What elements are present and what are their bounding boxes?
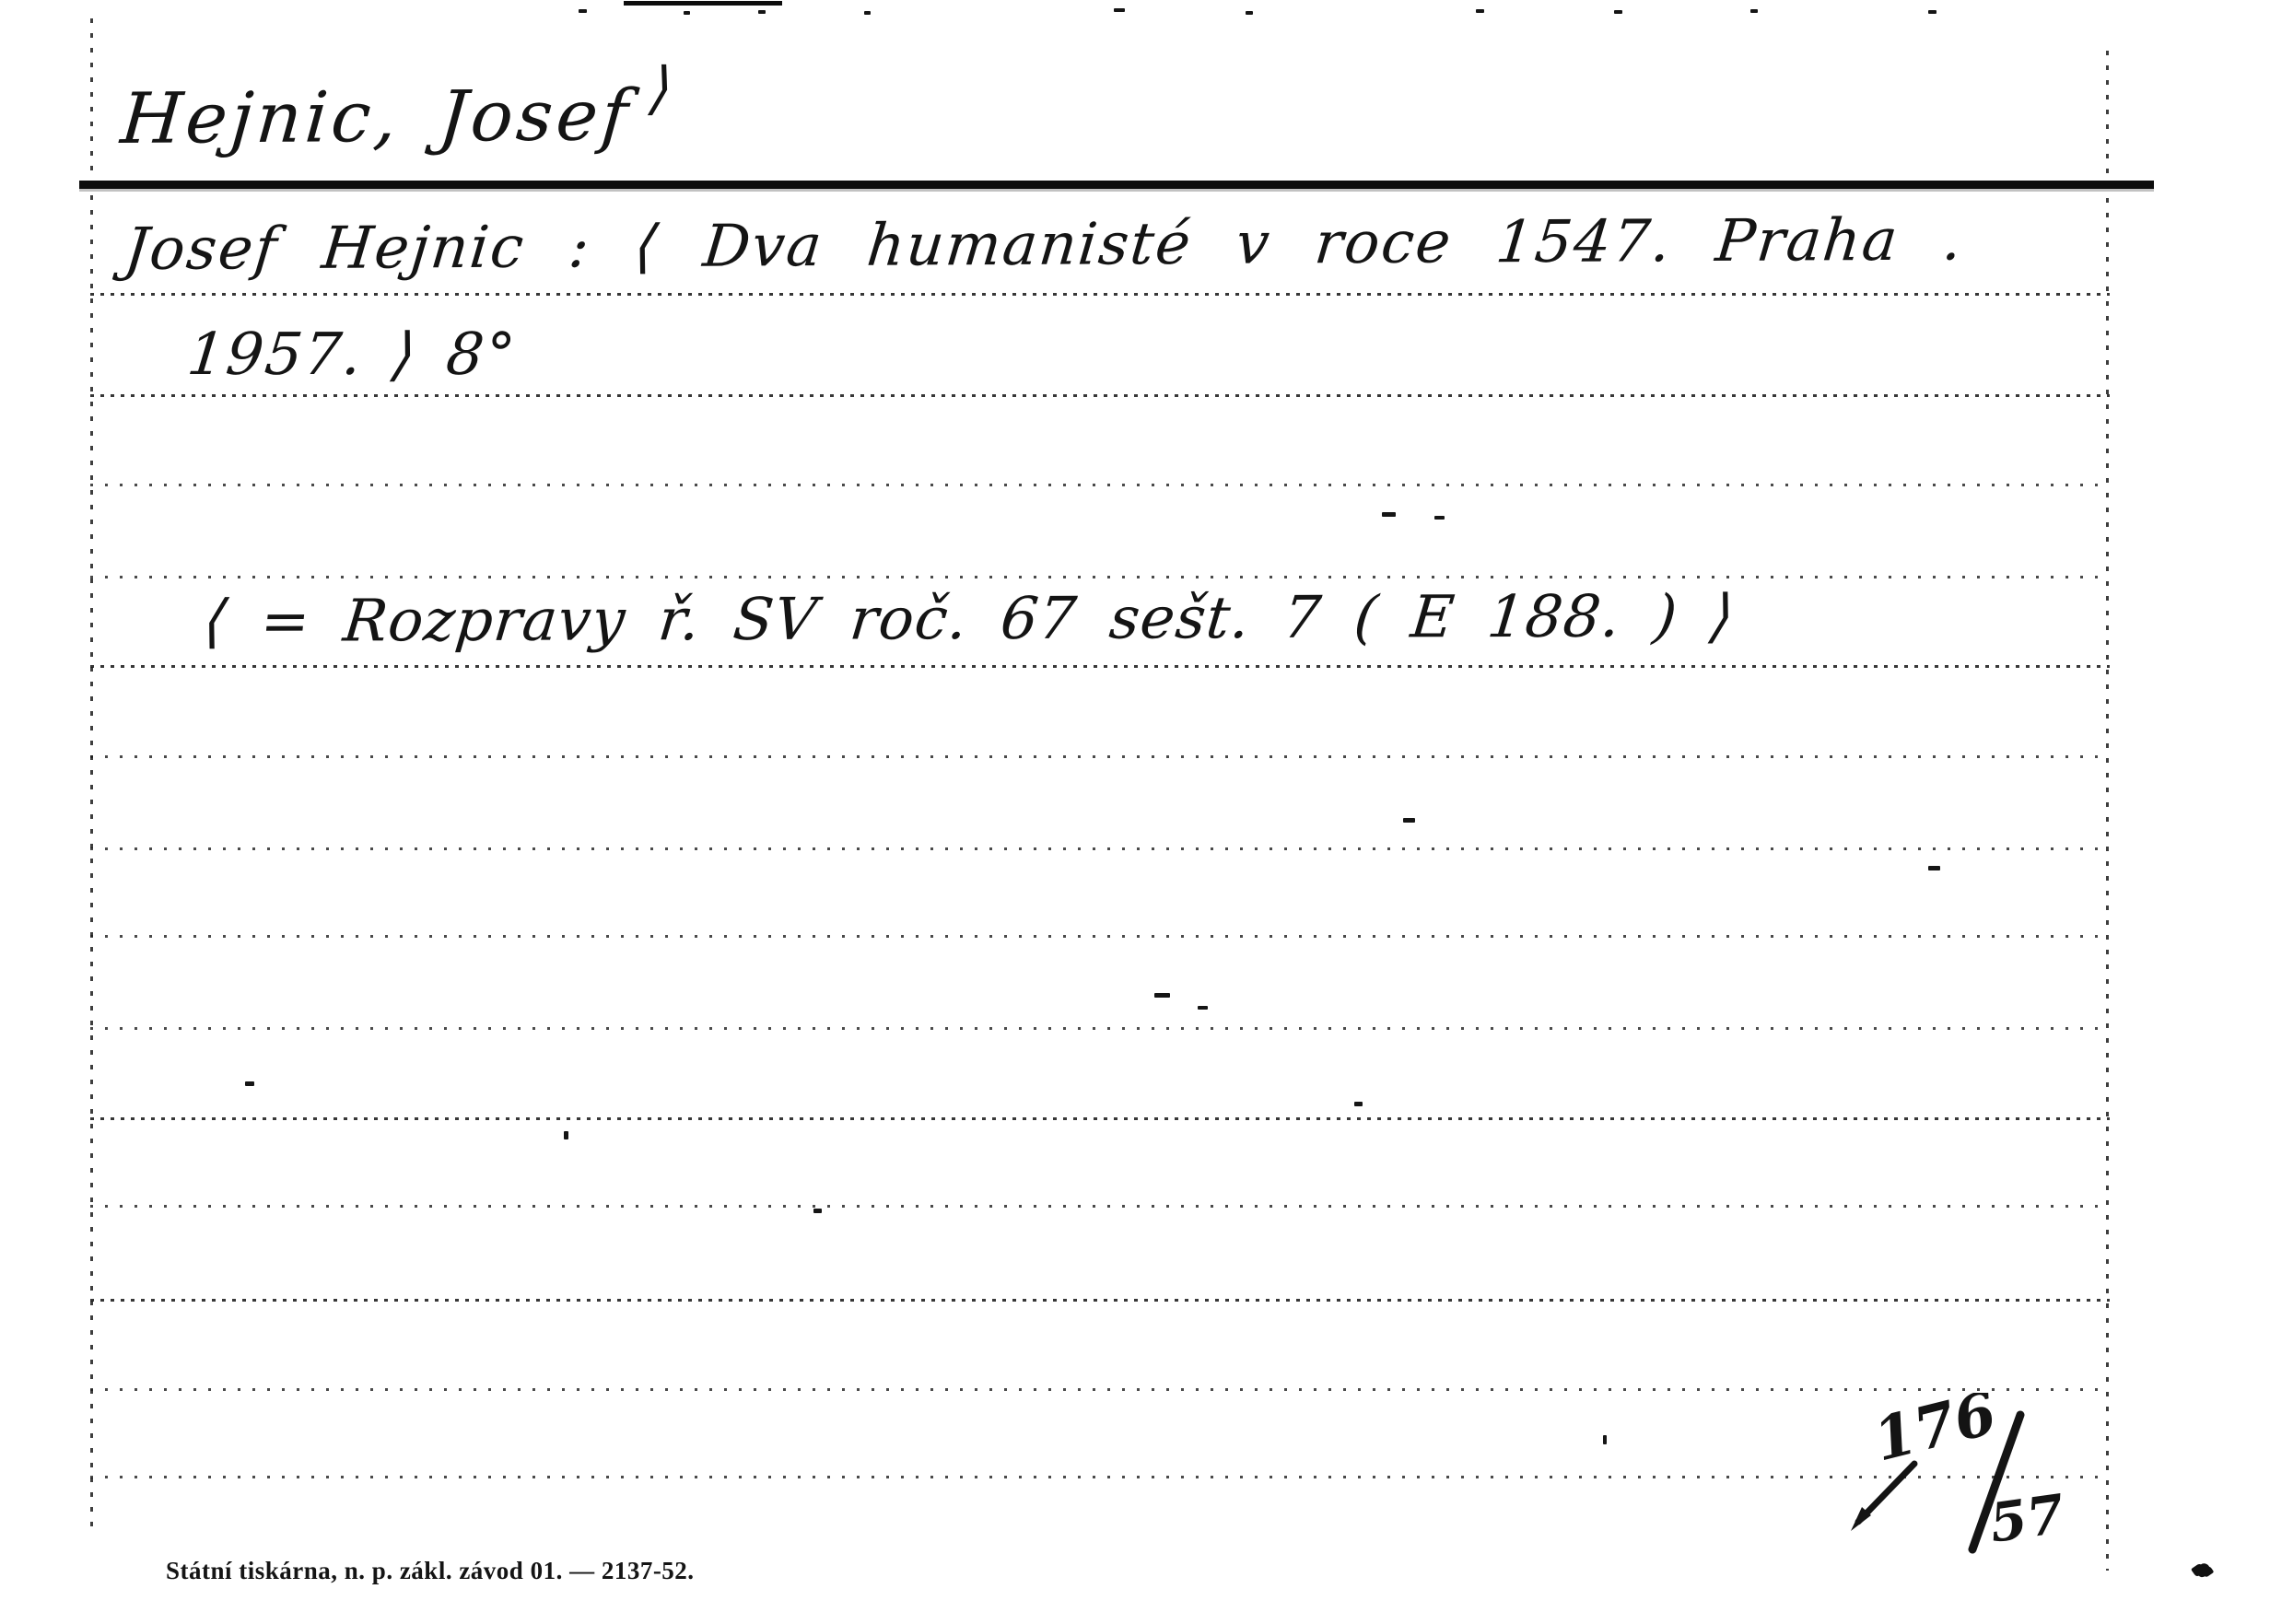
right-margin-dotted-line: [2106, 51, 2109, 1571]
scan-speck: [813, 1209, 822, 1213]
scan-speck: [758, 10, 766, 14]
ruled-line: [90, 293, 2110, 296]
ruled-line: [90, 935, 2110, 938]
ruled-line: [90, 847, 2110, 850]
series-note: ⟨ = Rozpravy ř. SV roč. 67 sešt. 7 ( E 1…: [201, 582, 1738, 655]
scan-speck: [1476, 9, 1484, 13]
scan-speck: [1403, 818, 1415, 823]
ruled-line: [90, 755, 2110, 758]
scan-speck: [1354, 1102, 1363, 1106]
citation-line-1: Josef Hejnic : ⟨ Dva humanisté v roce 15…: [122, 206, 1967, 283]
name-heading: Hejnic, Josef⟩: [118, 74, 677, 159]
name-heading-text: Hejnic, Josef: [118, 74, 635, 159]
scan-speck: [1750, 9, 1758, 13]
ruled-line: [90, 484, 2110, 486]
ruled-line: [90, 1117, 2110, 1120]
printer-imprint: Státní tiskárna, n. p. zákl. závod 01. —…: [166, 1557, 695, 1585]
scan-speck: [1434, 516, 1445, 520]
ink-smudge: [2194, 1561, 2213, 1579]
scan-speck: [1928, 10, 1937, 14]
accession-bottom: 57: [1985, 1482, 2067, 1555]
ruled-line: [90, 665, 2110, 668]
insertion-mark: ⟩: [648, 54, 679, 122]
accession-top: 176: [1867, 1393, 2004, 1476]
ruled-line: [90, 1027, 2110, 1030]
scan-speck: [1928, 866, 1940, 870]
scan-speck: [245, 1081, 254, 1086]
ruled-line: [90, 1476, 2110, 1478]
left-margin-dotted-line: [90, 18, 93, 1529]
ruled-line: [90, 1388, 2110, 1391]
ruled-line: [90, 1299, 2110, 1302]
ruled-line: [90, 394, 2110, 397]
scan-speck: [1114, 8, 1125, 12]
ruled-line: [90, 1205, 2110, 1208]
ruled-line: [90, 576, 2110, 578]
scan-speck: [1154, 993, 1170, 998]
scan-speck: [864, 11, 871, 15]
scan-speck: [1603, 1435, 1607, 1444]
scan-speck: [564, 1131, 568, 1139]
scan-speck: [1614, 10, 1622, 14]
top-edge-line: [624, 1, 782, 6]
scan-speck: [1246, 11, 1253, 15]
citation-line-2: 1957. ⟩ 8°: [184, 321, 520, 388]
scan-speck: [1382, 512, 1396, 517]
scan-speck: [1198, 1006, 1208, 1010]
scan-speck: [579, 9, 587, 13]
scan-speck: [684, 11, 690, 15]
accession-number: 176 57: [1838, 1393, 2151, 1591]
catalog-card: Hejnic, Josef⟩ Josef Hejnic : ⟨ Dva huma…: [0, 0, 2270, 1624]
heading-rule: [79, 181, 2154, 189]
